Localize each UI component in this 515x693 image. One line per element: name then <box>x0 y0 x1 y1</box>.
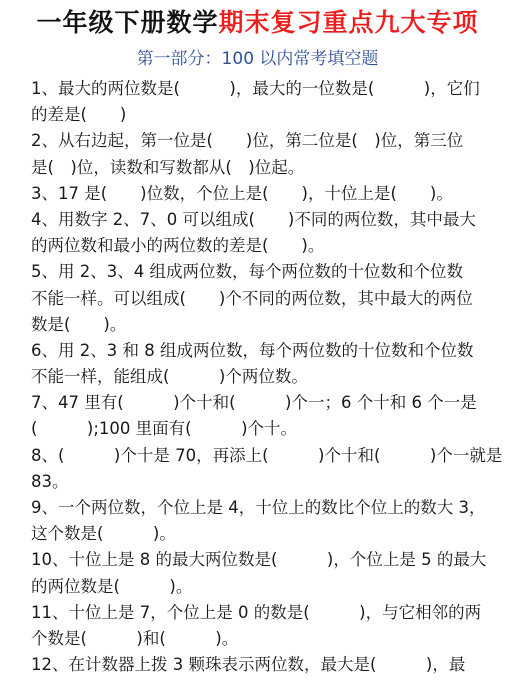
title-red-part: 期末复习重点九大专项 <box>219 8 479 37</box>
text-line: 83。 <box>31 469 491 495</box>
text-line: 这个数是( )。 <box>31 521 491 547</box>
section-subtitle: 第一部分：100 以内常考填空题 <box>0 48 515 70</box>
text-line: 个数是( )和( )。 <box>31 626 491 652</box>
text-line: 6、用 2、3 和 8 组成两位数，每个两位数的十位数和个位数 <box>31 338 491 364</box>
page-title: 一年级下册数学期末复习重点九大专项 <box>0 8 515 38</box>
question-list: 1、最大的两位数是( )，最大的一位数是( )，它们 的差是( ) 2、从右边起… <box>31 76 491 678</box>
text-line: 数是( )。 <box>31 312 491 338</box>
text-line: 2、从右边起，第一位是( )位，第二位是( )位，第三位 <box>31 128 491 154</box>
text-line: 7、47 里有( )个十和( )个一；6 个十和 6 个一是 <box>31 390 491 416</box>
title-black-part: 一年级下册数学 <box>36 8 218 37</box>
text-line: 不能一样，能组成( )个两位数。 <box>31 364 491 390</box>
text-line: 的两位数和最小的两位数的差是( )。 <box>31 233 491 259</box>
text-line: ( );100 里面有( )个十。 <box>31 416 491 442</box>
text-line: 11、十位上是 7，个位上是 0 的数是( )，与它相邻的两 <box>31 600 491 626</box>
text-line: 8、( )个十是 70，再添上( )个十和( )个一就是 <box>31 443 491 469</box>
text-line: 3、17 是( )位数，个位上是( )，十位上是( )。 <box>31 181 491 207</box>
text-line: 10、十位上是 8 的最大两位数是( )，个位上是 5 的最大 <box>31 547 491 573</box>
text-line: 的差是( ) <box>31 102 491 128</box>
text-line: 是( )位，读数和写数都从( )位起。 <box>31 155 491 181</box>
text-line: 12、在计数器上拨 3 颗珠表示两位数，最大是( )，最 <box>31 652 491 678</box>
text-line: 4、用数字 2、7、0 可以组成( )不同的两位数，其中最大 <box>31 207 491 233</box>
text-line: 9、一个两位数，个位上是 4，十位上的数比个位上的数大 3， <box>31 495 491 521</box>
text-line: 5、用 2、3、4 组成两位数，每个两位数的十位数和个位数 <box>31 259 491 285</box>
text-line: 不能一样。可以组成( )个不同的两位数，其中最大的两位 <box>31 286 491 312</box>
text-line: 1、最大的两位数是( )，最大的一位数是( )，它们 <box>31 76 491 102</box>
text-line: 的两位数是( )。 <box>31 574 491 600</box>
